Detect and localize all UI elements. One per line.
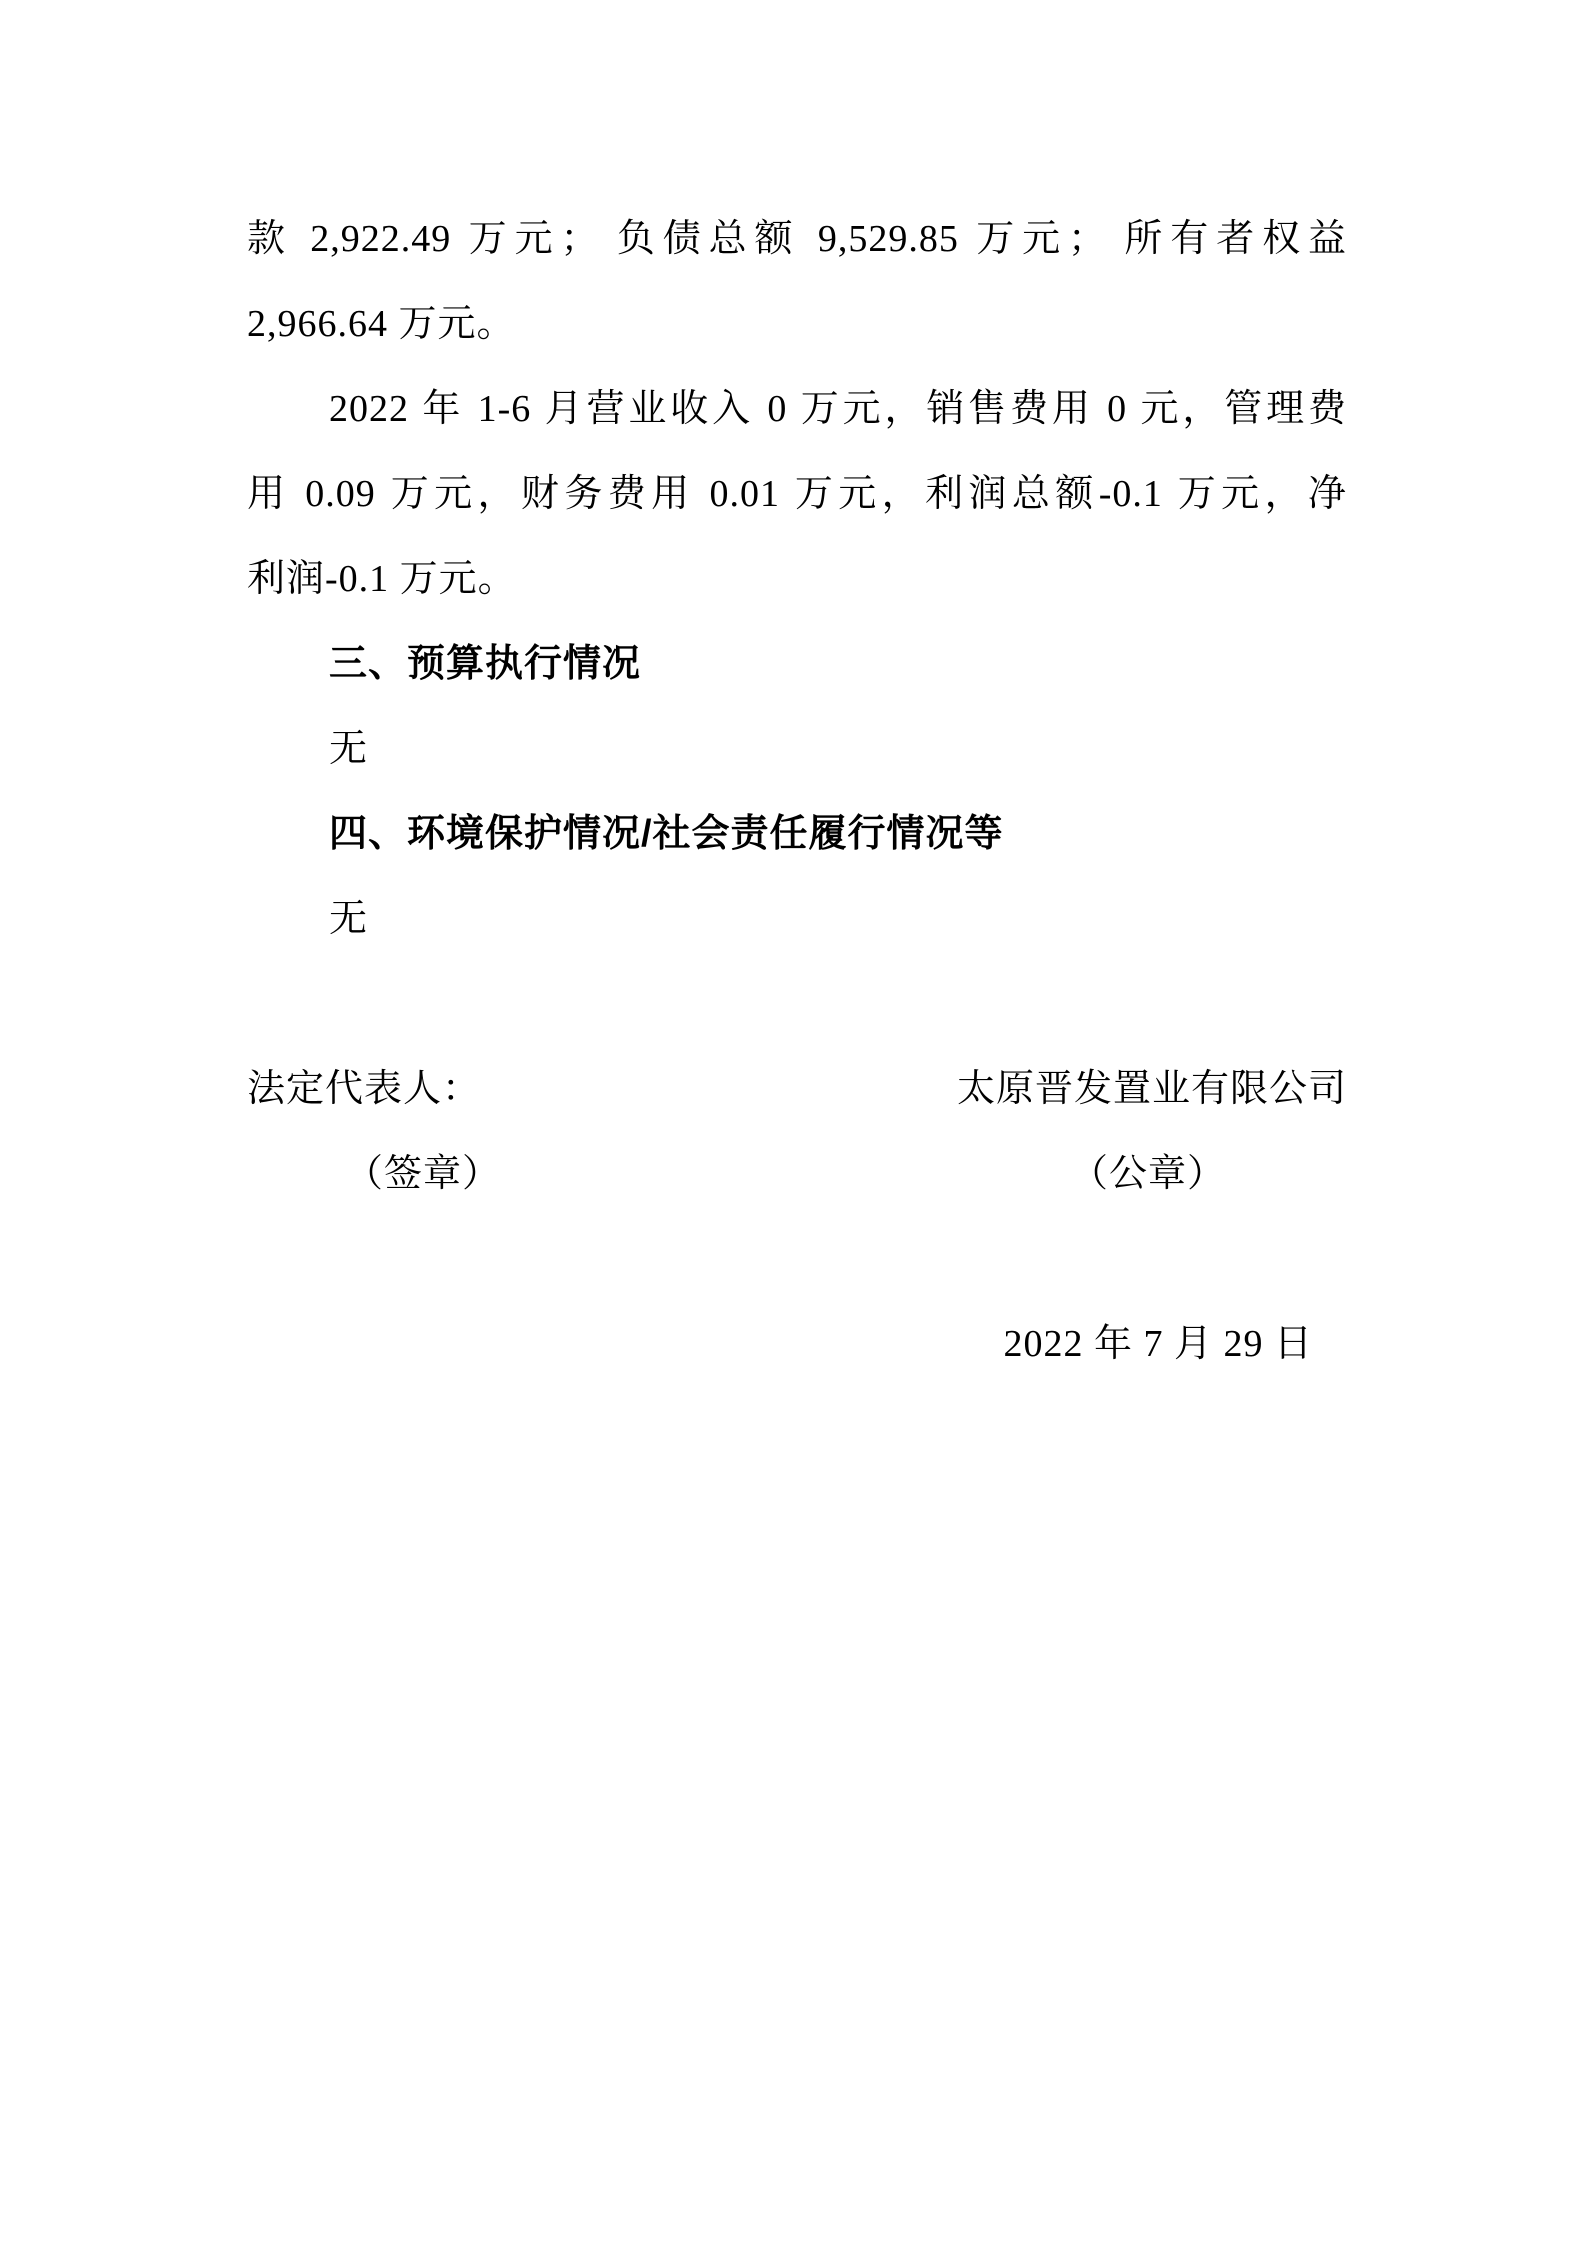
section-body-budget-execution: 无 <box>247 707 1347 792</box>
finance-paragraph-line-1: 款 2,922.49 万元； 负债总额 9,529.85 万元； 所有者权益 <box>247 197 1347 282</box>
section-heading-environment-social: 四、环境保护情况/社会责任履行情况等 <box>247 792 1347 877</box>
document-page: 款 2,922.49 万元； 负债总额 9,529.85 万元； 所有者权益 2… <box>0 0 1587 2245</box>
company-name: 太原晋发置业有限公司 <box>957 1047 1347 1132</box>
operating-results-line-3: 利润-0.1 万元。 <box>247 537 1347 622</box>
spacer <box>247 1217 1347 1302</box>
operating-results-line-1: 2022 年 1-6 月营业收入 0 万元，销售费用 0 元，管理费 <box>247 367 1347 452</box>
section-heading-budget-execution: 三、预算执行情况 <box>247 622 1347 707</box>
operating-results-line-2: 用 0.09 万元，财务费用 0.01 万元，利润总额-0.1 万元，净 <box>247 452 1347 537</box>
section-body-environment-social: 无 <box>247 877 1347 962</box>
signature-seal-label: （签章） <box>345 1132 501 1217</box>
report-date: 2022 年 7 月 29 日 <box>247 1302 1347 1387</box>
legal-representative-label: 法定代表人： <box>247 1047 481 1132</box>
seal-row: （签章） （公章） <box>247 1132 1347 1217</box>
signature-row: 法定代表人： 太原晋发置业有限公司 <box>247 1047 1347 1132</box>
company-seal-label: （公章） <box>1070 1132 1226 1217</box>
finance-paragraph-line-2: 2,966.64 万元。 <box>247 282 1347 367</box>
spacer <box>247 962 1347 1047</box>
